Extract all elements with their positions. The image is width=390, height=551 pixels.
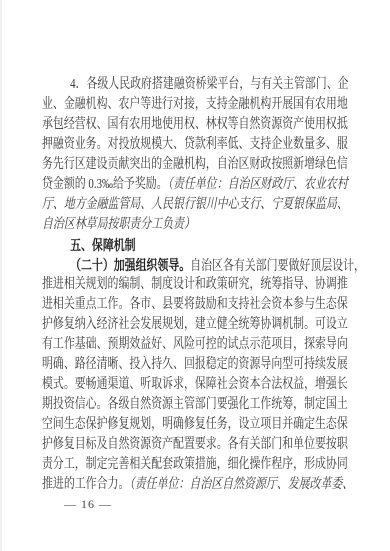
paragraph-line: 明确、路径清晰、投入持久、回报稳定的资源导向型可持续发展	[42, 355, 348, 375]
paragraph-line: 业、金融机构、农户等进行对接，支持金融机构开展国有农用地	[42, 95, 348, 115]
paragraph-line: 责分工，制定完善相关配套政策措施，细化操作程序，形成协同	[42, 455, 348, 475]
line-text: 推进的工作合力。	[42, 477, 129, 492]
paragraph-line: 护修复目标及自然资源资产配置要求。各有关部门和单位要按职	[42, 435, 348, 455]
line-text: 贷金额的 0.3‰给予奖励。	[42, 177, 168, 192]
line-text: 空间生态保护修复规划，明确修复任务，设立项目并确定生态保	[42, 417, 348, 432]
line-text: 进相关重点工作。各市、县要将鼓励和支持社会资本参与生态保	[42, 297, 348, 312]
clause-heading-text: （二十）加强组织领导。	[70, 257, 190, 273]
line-text: 推进相关规划的编制、制度设计和政策研究，统筹指导、协调推	[42, 277, 348, 292]
line-text: 护修复目标及自然资源资产配置要求。各有关部门和单位要按职	[42, 437, 348, 452]
paragraph-line: 4．各级人民政府搭建融资桥梁平台，与有关主管部门、企	[42, 75, 349, 95]
document-page: 4．各级人民政府搭建融资桥梁平台，与有关主管部门、企 业、金融机构、农户等进行对…	[0, 0, 390, 551]
line-text: 业、金融机构、农户等进行对接，支持金融机构开展国有农用地	[42, 97, 348, 112]
paragraph-line: 务先行区建设贡献突出的金融机构，自治区财政按照新增绿色信	[42, 155, 348, 175]
scan-edge-shadow	[0, 0, 2, 551]
paragraph-line: 自治区林草局按职责分工负责）	[42, 215, 195, 235]
paragraph-line: 推进的工作合力。（责任单位：自治区自然资源厅、发展改革委、	[42, 475, 353, 495]
responsibility-clause-text: （责任单位：自治区自然资源厅、发展改革委、	[129, 477, 353, 492]
paragraph-line: （二十）加强组织领导。自治区各有关部门要做好顶层设计，	[42, 255, 365, 275]
line-text: 务先行区建设贡献突出的金融机构，自治区财政按照新增绿色信	[42, 157, 348, 172]
line-text: 4．各级人民政府搭建融资桥梁平台，与有关主管部门、企	[70, 77, 348, 92]
section-heading-text: 五、保障机制	[70, 237, 136, 253]
paragraph-line: 押融资业务。对投放规模大、贷款利率低、支持企业数量多、服	[42, 135, 348, 155]
paragraph-line: 模式。要畅通渠道、听取诉求，保障社会资本合法权益，增强长	[42, 375, 348, 395]
line-text: 期投资信心。各级自然资源主管部门要强化工作统筹，制定国土	[42, 397, 348, 412]
paragraph-line: 推进相关规划的编制、制度设计和政策研究，统筹指导、协调推	[42, 275, 348, 295]
line-text: 明确、路径清晰、投入持久、回报稳定的资源导向型可持续发展	[42, 357, 348, 372]
page-number: — 16 —	[64, 497, 112, 511]
paragraph-line: 贷金额的 0.3‰给予奖励。（责任单位：自治区财政厅、农业农村	[42, 175, 348, 195]
paragraph-line: 进相关重点工作。各市、县要将鼓励和支持社会资本参与生态保	[42, 295, 348, 315]
line-text: 模式。要畅通渠道、听取诉求，保障社会资本合法权益，增强长	[42, 377, 348, 392]
responsibility-clause-text: （责任单位：自治区财政厅、农业农村	[168, 177, 348, 192]
paragraph-line: 空间生态保护修复规划，明确修复任务，设立项目并确定生态保	[42, 415, 348, 435]
paragraph-line: 护修复纳入经济社会发展规划，建立健全统筹协调机制。可设立	[42, 315, 348, 335]
paragraph-line: 期投资信心。各级自然资源主管部门要强化工作统筹，制定国土	[42, 395, 348, 415]
paragraph-line: 厅、地方金融监管局、人民银行银川中心支行、宁夏银保监局、	[42, 195, 348, 215]
section-heading: 五、保障机制	[42, 235, 136, 255]
line-text: 有工作基础、预期效益好、风险可控的试点示范项目，探索导向	[42, 337, 348, 352]
line-text: 自治区各有关部门要做好顶层设计，	[190, 259, 365, 274]
responsibility-clause-text: 厅、地方金融监管局、人民银行银川中心支行、宁夏银保监局、	[42, 197, 348, 212]
paragraph-line: 有工作基础、预期效益好、风险可控的试点示范项目，探索导向	[42, 335, 348, 355]
paragraph-line: 承包经营权、国有农用地使用权、林权等自然资源资产使用权抵	[42, 115, 348, 135]
line-text: 护修复纳入经济社会发展规划，建立健全统筹协调机制。可设立	[42, 317, 348, 332]
line-text: 责分工，制定完善相关配套政策措施，细化操作程序，形成协同	[42, 457, 348, 472]
line-text: 承包经营权、国有农用地使用权、林权等自然资源资产使用权抵	[42, 117, 348, 132]
responsibility-clause-text: 自治区林草局按职责分工负责）	[42, 217, 195, 232]
line-text: 押融资业务。对投放规模大、贷款利率低、支持企业数量多、服	[42, 137, 348, 152]
